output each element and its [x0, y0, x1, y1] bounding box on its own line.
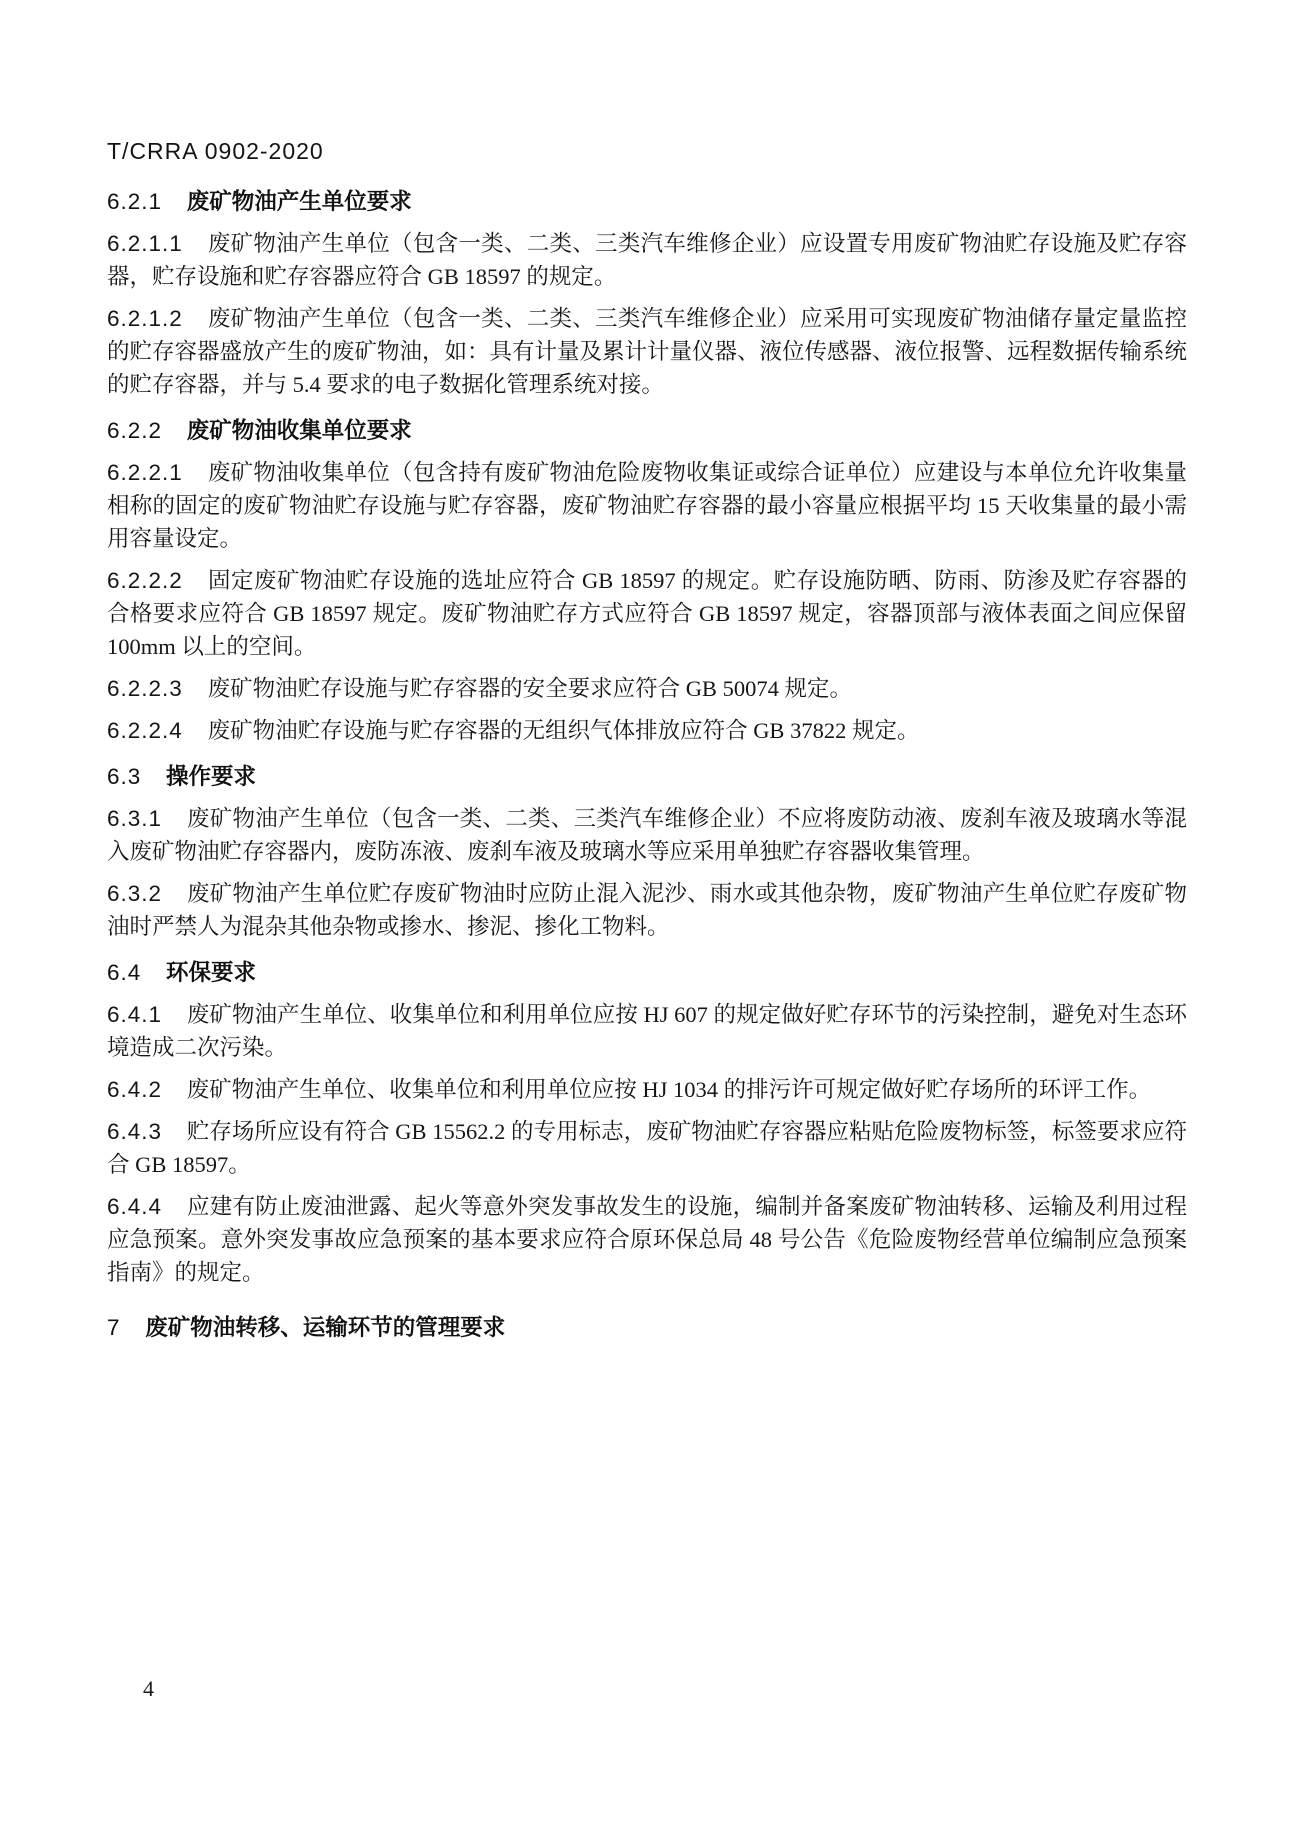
section-text: 废矿物油产生单位（包含一类、二类、三类汽车维修企业）应设置专用废矿物油贮存设施及…	[107, 231, 1187, 289]
section-paragraph: 6.2.2.1废矿物油收集单位（包含持有废矿物油危险废物收集证或综合证单位）应建…	[107, 456, 1187, 555]
section-number: 6.4.2	[107, 1077, 162, 1102]
document-header-code: T/CRRA 0902-2020	[107, 138, 324, 165]
heading-title: 操作要求	[166, 764, 256, 789]
heading-number: 6.2.1	[107, 189, 162, 214]
section-text: 废矿物油贮存设施与贮存容器的安全要求应符合 GB 50074 规定。	[208, 676, 852, 701]
section-text: 废矿物油收集单位（包含持有废矿物油危险废物收集证或综合证单位）应建设与本单位允许…	[107, 460, 1187, 551]
heading-number: 6.4	[107, 960, 141, 985]
section-text: 废矿物油产生单位贮存废矿物油时应防止混入泥沙、雨水或其他杂物，废矿物油产生单位贮…	[107, 881, 1187, 939]
section-number: 6.3.2	[107, 881, 162, 906]
section-number: 6.2.2.2	[107, 568, 183, 593]
section-number: 6.2.1.2	[107, 306, 183, 331]
section-number: 6.2.2.4	[107, 718, 183, 743]
section-text: 废矿物油产生单位（包含一类、二类、三类汽车维修企业）不应将废防动液、废刹车液及玻…	[107, 806, 1187, 864]
section-text: 废矿物油产生单位、收集单位和利用单位应按 HJ 1034 的排污许可规定做好贮存…	[187, 1077, 1151, 1102]
section-paragraph: 6.3.2废矿物油产生单位贮存废矿物油时应防止混入泥沙、雨水或其他杂物，废矿物油…	[107, 877, 1187, 943]
section-paragraph: 6.4.1废矿物油产生单位、收集单位和利用单位应按 HJ 607 的规定做好贮存…	[107, 998, 1187, 1064]
section-number: 6.4.4	[107, 1194, 162, 1219]
section-paragraph: 6.2.1.2废矿物油产生单位（包含一类、二类、三类汽车维修企业）应采用可实现废…	[107, 302, 1187, 401]
section-number: 6.4.3	[107, 1119, 162, 1144]
section-text: 废矿物油贮存设施与贮存容器的无组织气体排放应符合 GB 37822 规定。	[208, 718, 920, 743]
section-paragraph: 6.3.1废矿物油产生单位（包含一类、二类、三类汽车维修企业）不应将废防动液、废…	[107, 802, 1187, 868]
section-heading: 6.2.1废矿物油产生单位要求	[107, 185, 1187, 218]
section-text: 废矿物油产生单位（包含一类、二类、三类汽车维修企业）应采用可实现废矿物油储存量定…	[107, 306, 1187, 397]
section-number: 6.2.2.1	[107, 460, 183, 485]
section-heading: 6.2.2废矿物油收集单位要求	[107, 414, 1187, 447]
heading-title: 废矿物油转移、运输环节的管理要求	[145, 1315, 505, 1340]
section-paragraph: 6.4.4应建有防止废油泄露、起火等意外突发事故发生的设施，编制并备案废矿物油转…	[107, 1190, 1187, 1289]
document-page: T/CRRA 0902-2020 6.2.1废矿物油产生单位要求6.2.1.1废…	[0, 0, 1290, 1825]
heading-number: 6.2.2	[107, 418, 162, 443]
section-number: 6.2.2.3	[107, 676, 183, 701]
section-number: 6.4.1	[107, 1002, 162, 1027]
document-body: 6.2.1废矿物油产生单位要求6.2.1.1废矿物油产生单位（包含一类、二类、三…	[107, 172, 1187, 1353]
heading-title: 废矿物油产生单位要求	[187, 189, 412, 214]
section-text: 应建有防止废油泄露、起火等意外突发事故发生的设施，编制并备案废矿物油转移、运输及…	[107, 1194, 1187, 1285]
section-number: 6.3.1	[107, 806, 162, 831]
section-heading: 6.4环保要求	[107, 956, 1187, 989]
heading-number: 7	[107, 1315, 121, 1340]
heading-title: 废矿物油收集单位要求	[187, 418, 412, 443]
chapter-heading: 7废矿物油转移、运输环节的管理要求	[107, 1311, 1187, 1344]
page-number: 4	[143, 1676, 154, 1702]
heading-title: 环保要求	[166, 960, 256, 985]
section-paragraph: 6.4.2废矿物油产生单位、收集单位和利用单位应按 HJ 1034 的排污许可规…	[107, 1073, 1187, 1106]
heading-number: 6.3	[107, 764, 141, 789]
section-text: 废矿物油产生单位、收集单位和利用单位应按 HJ 607 的规定做好贮存环节的污染…	[107, 1002, 1187, 1060]
section-paragraph: 6.2.2.3废矿物油贮存设施与贮存容器的安全要求应符合 GB 50074 规定…	[107, 672, 1187, 705]
section-text: 贮存场所应设有符合 GB 15562.2 的专用标志，废矿物油贮存容器应粘贴危险…	[107, 1119, 1187, 1177]
section-heading: 6.3操作要求	[107, 760, 1187, 793]
section-text: 固定废矿物油贮存设施的选址应符合 GB 18597 的规定。贮存设施防晒、防雨、…	[107, 568, 1187, 659]
section-paragraph: 6.2.2.4废矿物油贮存设施与贮存容器的无组织气体排放应符合 GB 37822…	[107, 714, 1187, 747]
section-paragraph: 6.2.2.2固定废矿物油贮存设施的选址应符合 GB 18597 的规定。贮存设…	[107, 564, 1187, 663]
section-paragraph: 6.4.3贮存场所应设有符合 GB 15562.2 的专用标志，废矿物油贮存容器…	[107, 1115, 1187, 1181]
section-number: 6.2.1.1	[107, 231, 183, 256]
section-paragraph: 6.2.1.1废矿物油产生单位（包含一类、二类、三类汽车维修企业）应设置专用废矿…	[107, 227, 1187, 293]
